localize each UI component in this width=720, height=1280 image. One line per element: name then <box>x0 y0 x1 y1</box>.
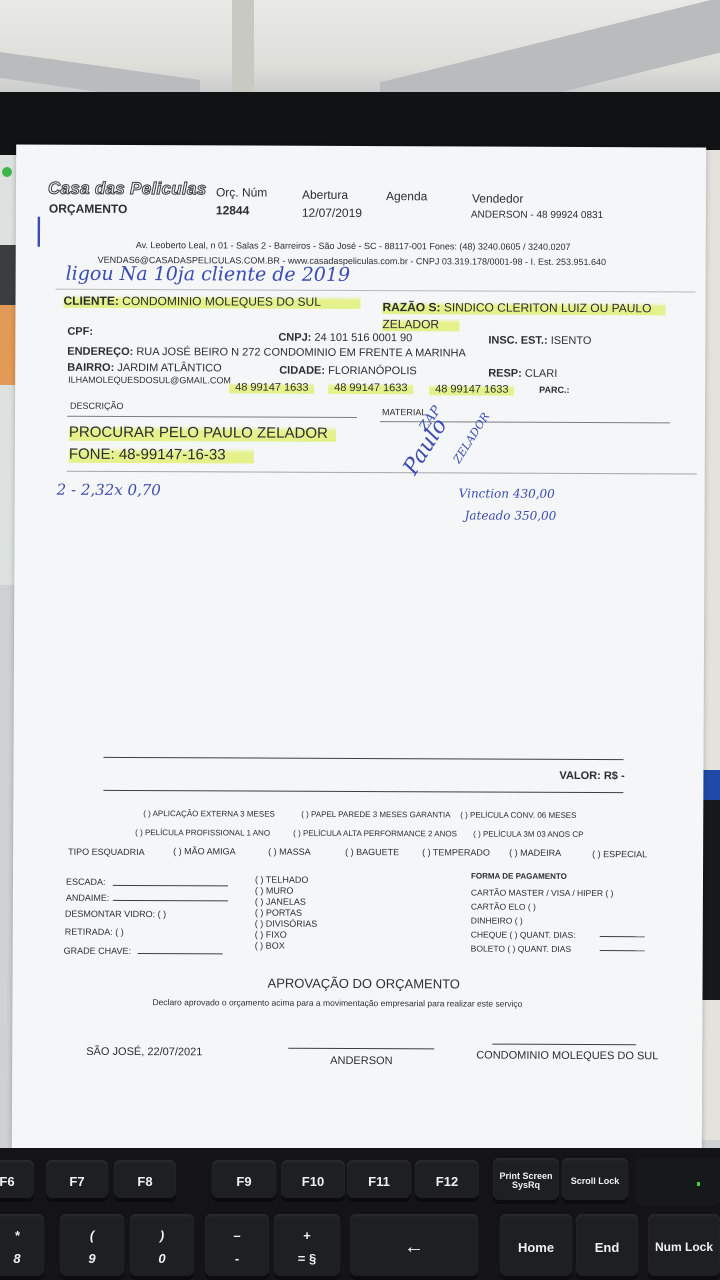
razao-field: RAZÃO S: SINDICO CLERITON LUIZ OU PAULO <box>382 300 665 315</box>
led-indicator <box>697 1182 700 1186</box>
payment-option: BOLETO ( ) QUANT. DIAS <box>471 941 614 956</box>
esquadria-option: ( ) MASSA <box>268 847 311 857</box>
agenda-label: Agenda <box>386 189 427 203</box>
key-label-top: + <box>303 1229 311 1242</box>
cnpj-label: CNPJ: <box>278 332 311 344</box>
parc-label: PARC.: <box>539 385 569 395</box>
cidade-value: FLORIANÓPOLIS <box>328 365 417 377</box>
key-f8[interactable]: F8 <box>114 1160 176 1202</box>
key-minus[interactable]: –- <box>205 1214 269 1280</box>
signature-line <box>492 1044 636 1046</box>
divider <box>56 289 696 293</box>
endereco-field: ENDEREÇO: RUA JOSÉ BEIRO N 272 CONDOMINI… <box>67 346 466 360</box>
handwritten-stamp-zelador: ZELADOR <box>451 410 492 465</box>
endereco-value: RUA JOSÉ BEIRO N 272 CONDOMINIO EM FRENT… <box>136 346 466 359</box>
escada-field: ESCADA: <box>66 877 106 887</box>
fill-line <box>113 900 228 902</box>
esquadria-option: ( ) BAGUETE <box>345 847 399 857</box>
location-option: ( ) FIXO <box>255 930 318 941</box>
vendedor: ANDERSON - 48 99924 0831 <box>471 209 603 221</box>
key-label-top: – <box>233 1229 240 1242</box>
payment-option: DINHEIRO ( ) <box>471 913 614 928</box>
endereco-label: ENDEREÇO: <box>67 346 133 358</box>
resp-label: RESP: <box>488 368 522 380</box>
signer-vendor: ANDERSON <box>330 1055 392 1067</box>
keyboard: F6 F7 F8 F9 F10 F11 F12 Print Screen Sys… <box>0 1148 720 1280</box>
key-8[interactable]: *8 <box>0 1214 44 1280</box>
handwritten-measure: 2 - 2,32x 0,70 <box>57 481 161 499</box>
client-email: ILHAMOLEQUESDOSUL@GMAIL.COM <box>68 375 231 386</box>
location-option: ( ) MURO <box>255 886 318 897</box>
orc-num-label: Orç. Núm <box>216 185 267 199</box>
service-option: ( ) APLICAÇÃO EXTERNA 3 MESES <box>143 809 275 819</box>
handwritten-price-1: Vinction 430,00 <box>459 486 555 500</box>
location-option: ( ) TELHADO <box>255 875 318 886</box>
key-end[interactable]: End <box>576 1214 638 1280</box>
fill-line <box>600 936 645 937</box>
fill-line <box>113 885 228 887</box>
resp-value: CLARI <box>525 368 557 380</box>
handwritten-note-top: ligou Na 10ja cliente de 2019 <box>66 263 351 286</box>
service-option: ( ) PELÍCULA CONV. 06 MESES <box>460 810 576 820</box>
cidade-field: CIDADE: FLORIANÓPOLIS <box>279 365 417 378</box>
approval-text: Declaro aprovado o orçamento acima para … <box>152 997 522 1009</box>
service-option: ( ) PELÍCULA 3M 03 ANOS CP <box>473 830 583 839</box>
key-label-top: * <box>14 1229 19 1242</box>
payment-option: CARTÃO ELO ( ) <box>471 899 614 914</box>
insc-label: INSC. EST.: <box>488 335 547 347</box>
divider <box>67 471 697 475</box>
descricao-line-2: FONE: 48-99147-16-33 <box>69 446 254 464</box>
esquadria-option: ( ) MADEIRA <box>509 848 561 858</box>
approval-title: APROVAÇÃO DO ORÇAMENTO <box>268 976 460 992</box>
fill-line <box>600 950 645 951</box>
esquadria-option: ( ) MÃO AMIGA <box>173 846 236 856</box>
location-options: ( ) TELHADO ( ) MURO ( ) JANELAS ( ) POR… <box>255 875 318 952</box>
quote-document: Casa das Peliculas ORÇAMENTO Orç. Núm 12… <box>12 144 706 1152</box>
key-f11[interactable]: F11 <box>347 1160 411 1202</box>
app-icon <box>2 167 12 177</box>
handwritten-stamp-paulo: Paulo <box>399 414 453 479</box>
desmontar-vidro-field: DESMONTAR VIDRO: ( ) <box>65 909 166 919</box>
descricao-line-1: PROCURAR PELO PAULO ZELADOR <box>69 424 336 442</box>
key-scroll-lock[interactable]: Scroll Lock <box>562 1158 628 1204</box>
bairro-field: BAIRRO: JARDIM ATLÂNTICO <box>67 362 221 375</box>
key-label-top: ) <box>160 1229 164 1242</box>
signature-line <box>288 1048 434 1050</box>
keyboard-led-panel <box>636 1158 720 1206</box>
key-label-bottom: - <box>235 1252 239 1265</box>
key-f10[interactable]: F10 <box>281 1160 345 1202</box>
vendedor-label: Vendedor <box>472 191 523 205</box>
key-equals[interactable]: += § <box>274 1214 340 1280</box>
key-9[interactable]: (9 <box>60 1214 124 1280</box>
company-logo: Casa das Peliculas <box>48 179 207 200</box>
divider <box>104 757 624 760</box>
cliente-label: CLIENTE: <box>63 294 118 308</box>
esquadria-option: ( ) TEMPERADO <box>422 847 490 857</box>
handwritten-mark: | <box>34 213 44 248</box>
insc-value: ISENTO <box>551 335 592 347</box>
cnpj-field: CNPJ: 24 101 516 0001 90 <box>278 332 412 345</box>
abertura-date: 12/07/2019 <box>302 206 362 220</box>
background-pole <box>232 0 254 92</box>
key-label-bottom: = § <box>298 1252 316 1265</box>
divider <box>103 790 623 793</box>
location-option: ( ) JANELAS <box>255 897 318 908</box>
divider <box>67 416 357 418</box>
location-option: ( ) DIVISÓRIAS <box>255 919 318 930</box>
razao-line2: ZELADOR <box>382 317 459 331</box>
service-option: ( ) PELÍCULA ALTA PERFORMANCE 2 ANOS <box>293 829 457 839</box>
key-label-top: ( <box>90 1229 94 1242</box>
company-address: Av. Leoberto Leal, n 01 - Salas 2 - Barr… <box>136 240 571 252</box>
bairro-label: BAIRRO: <box>67 362 114 374</box>
key-backspace[interactable]: ← <box>350 1214 478 1280</box>
key-label-bottom: 8 <box>13 1252 20 1265</box>
grade-chave-field: GRADE CHAVE: <box>64 946 131 956</box>
tipo-esquadria-label: TIPO ESQUADRIA <box>68 847 145 857</box>
key-label-bottom: 9 <box>88 1252 95 1265</box>
service-option: ( ) PAPEL PAREDE 3 MESES GARANTIA <box>301 810 450 820</box>
key-0[interactable]: )0 <box>130 1214 194 1280</box>
material-label: MATERIAL <box>382 407 426 417</box>
key-label-bottom: 0 <box>158 1252 165 1265</box>
valor-total: VALOR: R$ - <box>559 770 624 782</box>
cliente-value: CONDOMINIO MOLEQUES DO SUL <box>122 294 321 309</box>
location-option: ( ) PORTAS <box>255 908 318 919</box>
handwritten-price-2: Jateado 350,00 <box>465 508 557 522</box>
andaime-field: ANDAIME: <box>66 893 110 903</box>
payment-option: CARTÃO MASTER / VISA / HIPER ( ) <box>471 885 614 900</box>
service-option: ( ) PELÍCULA PROFISSIONAL 1 ANO <box>135 828 270 838</box>
abertura-label: Abertura <box>302 188 348 202</box>
bairro-value: JARDIM ATLÂNTICO <box>117 362 221 374</box>
razao-value: SINDICO CLERITON LUIZ OU PAULO <box>444 300 652 315</box>
signer-client: CONDOMINIO MOLEQUES DO SUL <box>476 1050 658 1063</box>
location-option: ( ) BOX <box>255 941 318 952</box>
key-f12[interactable]: F12 <box>415 1160 479 1202</box>
payment-title: FORMA DE PAGAMENTO <box>471 871 567 880</box>
retirada-field: RETIRADA: ( ) <box>65 927 124 937</box>
phone-3: 48 99147 1633 <box>429 383 514 395</box>
cidade-label: CIDADE: <box>279 365 325 377</box>
key-f7[interactable]: F7 <box>46 1160 108 1202</box>
cliente-field: CLIENTE: CONDOMINIO MOLEQUES DO SUL <box>63 294 360 309</box>
phone-1: 48 99147 1633 <box>229 381 314 393</box>
esquadria-option: ( ) ESPECIAL <box>592 849 647 859</box>
key-num-lock[interactable]: Num Lock <box>648 1214 720 1280</box>
payment-options: CARTÃO MASTER / VISA / HIPER ( ) CARTÃO … <box>471 885 614 956</box>
key-f6[interactable]: F6 <box>0 1160 34 1202</box>
cpf-label: CPF: <box>67 326 93 338</box>
descricao-label: DESCRIÇÃO <box>70 401 124 411</box>
key-f9[interactable]: F9 <box>212 1160 276 1202</box>
doc-type: ORÇAMENTO <box>49 202 128 216</box>
fill-line <box>138 953 223 954</box>
razao-label: RAZÃO S: <box>382 300 440 314</box>
resp-field: RESP: CLARI <box>488 368 557 380</box>
orc-num: 12844 <box>216 203 249 217</box>
payment-option: CHEQUE ( ) QUANT. DIAS: <box>471 927 614 942</box>
phone-2: 48 99147 1633 <box>328 382 413 394</box>
key-print-screen[interactable]: Print Screen SysRq <box>493 1158 559 1204</box>
place-date: SÃO JOSÉ, 22/07/2021 <box>86 1046 202 1059</box>
key-home[interactable]: Home <box>500 1214 572 1280</box>
insc-field: INSC. EST.: ISENTO <box>488 335 591 347</box>
cnpj-value: 24 101 516 0001 90 <box>314 332 412 344</box>
